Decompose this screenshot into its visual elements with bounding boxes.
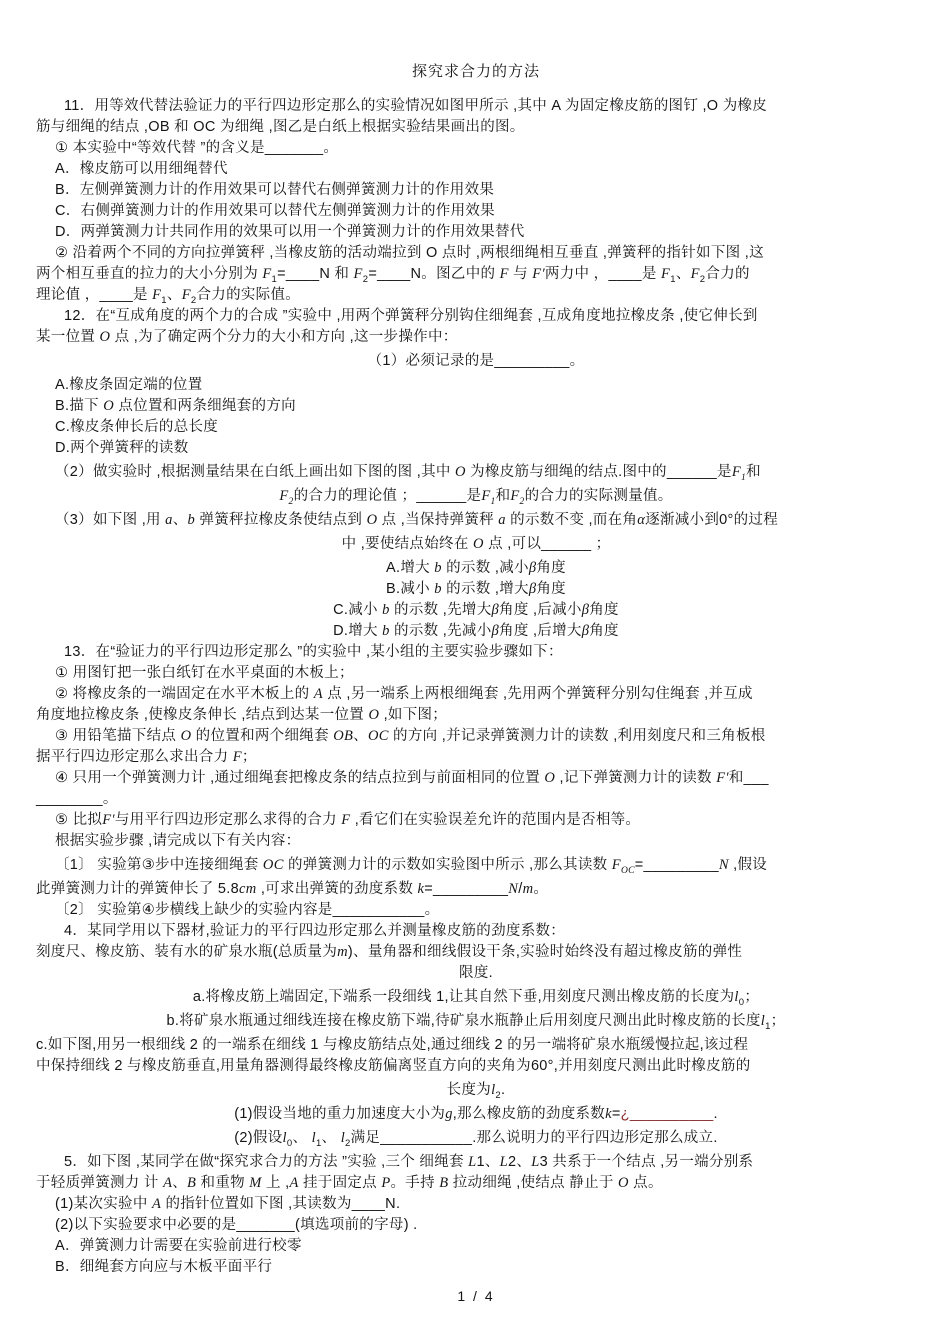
- text-line: ② 沿着两个不同的方向拉弹簧秤 ,当橡皮筋的活动端拉到 O 点时 ,两根细绳相互…: [36, 243, 916, 264]
- text-line: B．细绳套方向应与木板平面平行: [36, 1257, 916, 1278]
- text-line: b.将矿泉水瓶通过细线连接在橡皮筋下端,待矿泉水瓶静止后用刻度尺测出此时橡皮筋的…: [36, 1011, 916, 1032]
- text-line: ⑤ 比拟F′与用平行四边形定那么求得的合力 F ,看它们在实验误差允许的范围内是…: [36, 810, 916, 831]
- text-line: A.橡皮条固定端的位置: [36, 375, 916, 396]
- text-line: ③ 用铅笔描下结点 O 的位置和两个细绳套 OB、OC 的方向 ,并记录弹簧测力…: [36, 726, 916, 747]
- text-line: 两个相互垂直的拉力的大小分别为 F1=____N 和 F2=____N。图乙中的…: [36, 264, 916, 285]
- text-line: ④ 只用一个弹簧测力计 ,通过细绳套把橡皮条的结点拉到与前面相同的位置 O ,记…: [36, 768, 916, 789]
- text-line: 中保持细线 2 与橡皮筋垂直,用量角器测得最终橡皮筋偏离竖直方向的夹角为60°,…: [36, 1056, 916, 1077]
- text-line: 刻度尺、橡皮筋、装有水的矿泉水瓶(总质量为m)、量角器和细线假设干条,实验时始终…: [36, 942, 916, 963]
- text-line: a.将橡皮筋上端固定,下端系一段细线 1,让其自然下垂,用刻度尺测出橡皮筋的长度…: [36, 987, 916, 1008]
- text-line: c.如下图,用另一根细线 2 的一端系在细线 1 与橡皮筋结点处,通过细线 2 …: [36, 1035, 916, 1056]
- text-line: （2）做实验时 ,根据测量结果在白纸上画出如下图的图 ,其中 O 为橡皮筋与细绳…: [36, 462, 916, 483]
- text-line: ________。: [36, 789, 916, 810]
- text-line: 11．用等效代替法验证力的平行四边形定那么的实验情况如图甲所示 ,其中 A 为固…: [36, 96, 916, 117]
- text-line: B．左侧弹簧测力计的作用效果可以替代右侧弹簧测力计的作用效果: [36, 180, 916, 201]
- page-title: 探究求合力的方法: [36, 60, 916, 81]
- text-line: C.橡皮条伸长后的总长度: [36, 417, 916, 438]
- text-line: 4．某同学用以下器材,验证力的平行四边形定那么并测量橡皮筋的劲度系数：: [36, 921, 916, 942]
- text-line: (2)以下实验要求中必要的是_______(填选项前的字母) .: [36, 1215, 916, 1236]
- text-line: 〔1〕 实验第③步中连接细绳套 OC 的弹簧测力计的示数如实验图中所示 ,那么其…: [36, 855, 916, 876]
- document-body: 11．用等效代替法验证力的平行四边形定那么的实验情况如图甲所示 ,其中 A 为固…: [36, 96, 916, 1278]
- text-line: D．两弹簧测力计共同作用的效果可以用一个弹簧测力计的作用效果替代: [36, 222, 916, 243]
- text-line: A．橡皮筋可以用细绳替代: [36, 159, 916, 180]
- text-line: 于轻质弹簧测力 计 A、B 和重物 M 上 ,A 挂于固定点 P。手持 B 拉动…: [36, 1173, 916, 1194]
- text-line: 此弹簧测力计的弹簧伸长了 5.8cm ,可求出弹簧的劲度系数 k=_______…: [36, 879, 916, 900]
- text-line: F2的合力的理论值 ；______是F1和F2的合力的实际测量值。: [36, 486, 916, 507]
- text-line: (2)假设l0、 l1、 l2满足___________.那么说明力的平行四边形…: [36, 1128, 916, 1149]
- text-line: 根据实验步骤 ,请完成以下有关内容：: [36, 831, 916, 852]
- text-line: 据平行四边形定那么求出合力 F；: [36, 747, 916, 768]
- text-line: (1)某次实验中 A 的指针位置如下图 ,其读数为____N.: [36, 1194, 916, 1215]
- text-line: （3）如下图 ,用 a、b 弹簧秤拉橡皮条使结点到 O 点 ,当保持弹簧秤 a …: [36, 510, 916, 531]
- text-line: 5．如下图 ,某同学在做“探究求合力的方法 ”实验 ,三个 细绳套 L1、L2、…: [36, 1152, 916, 1173]
- text-line: (1)假设当地的重力加速度大小为g,那么橡皮筋的劲度系数k=¿_________…: [36, 1104, 916, 1125]
- text-line: D.两个弹簧秤的读数: [36, 438, 916, 459]
- text-line: B.减小 b 的示数 ,增大β角度: [36, 579, 916, 600]
- text-line: 某一位置 O 点 ,为了确定两个分力的大小和方向 ,这一步操作中：: [36, 327, 916, 348]
- text-line: A．弹簧测力计需要在实验前进行校零: [36, 1236, 916, 1257]
- page-number: 1 / 4: [36, 1288, 916, 1304]
- text-line: 13．在“验证力的平行四边形定那么 ”的实验中 ,某小组的主要实验步骤如下：: [36, 642, 916, 663]
- document-page: 探究求合力的方法 11．用等效代替法验证力的平行四边形定那么的实验情况如图甲所示…: [0, 0, 950, 1344]
- text-line: D.增大 b 的示数 ,先减小β角度 ,后增大β角度: [36, 621, 916, 642]
- text-line: ① 用图钉把一张白纸钉在水平桌面的木板上；: [36, 663, 916, 684]
- text-line: 〔2〕 实验第④步横线上缺少的实验内容是___________。: [36, 900, 916, 921]
- text-line: A.增大 b 的示数 ,减小β角度: [36, 558, 916, 579]
- text-line: （1）必须记录的是_________。: [36, 351, 916, 372]
- text-line: 筋与细绳的结点 ,OB 和 OC 为细绳 ,图乙是白纸上根据实验结果画出的图。: [36, 117, 916, 138]
- text-line: 长度为l2.: [36, 1080, 916, 1101]
- text-line: C．右侧弹簧测力计的作用效果可以替代左侧弹簧测力计的作用效果: [36, 201, 916, 222]
- text-line: B.描下 O 点位置和两条细绳套的方向: [36, 396, 916, 417]
- text-line: 限度.: [36, 963, 916, 984]
- text-line: 中 ,要使结点始终在 O 点 ,可以______ ；: [36, 534, 916, 555]
- text-line: 角度地拉橡皮条 ,使橡皮条伸长 ,结点到达某一位置 O ,如下图；: [36, 705, 916, 726]
- text-line: ② 将橡皮条的一端固定在水平木板上的 A 点 ,另一端系上两根细绳套 ,先用两个…: [36, 684, 916, 705]
- text-line: ① 本实验中“等效代替 ”的含义是_______。: [36, 138, 916, 159]
- text-line: C.减小 b 的示数 ,先增大β角度 ,后减小β角度: [36, 600, 916, 621]
- text-line: 12．在“互成角度的两个力的合成 ”实验中 ,用两个弹簧秤分别钩住细绳套 ,互成…: [36, 306, 916, 327]
- text-line: 理论值 ，____是 F1、F2合力的实际值。: [36, 285, 916, 306]
